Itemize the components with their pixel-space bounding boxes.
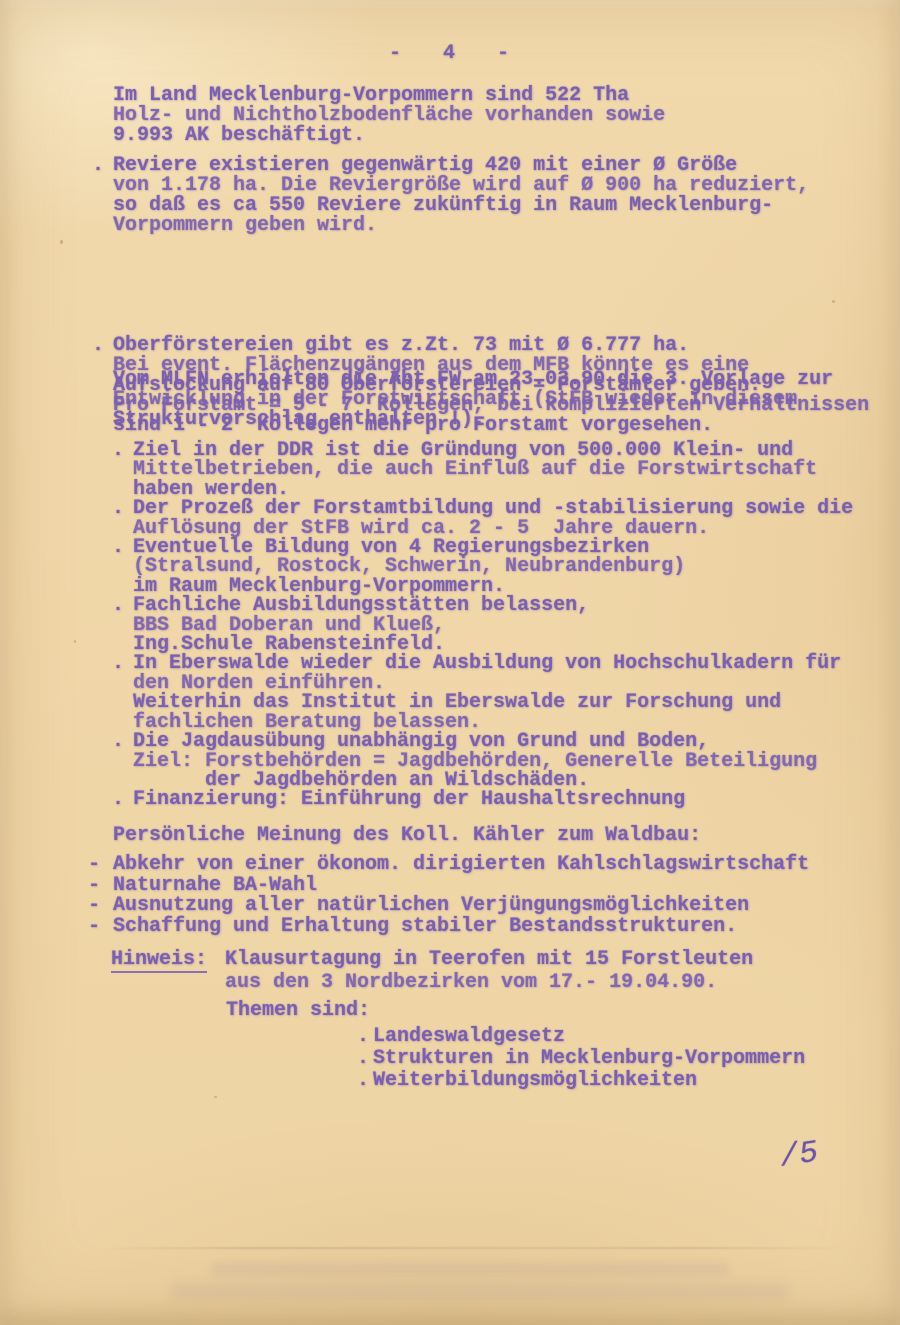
text-line: Finanzierung: Einführung der Haushaltsre… bbox=[133, 790, 853, 809]
dash-marker: - bbox=[88, 917, 100, 938]
bullet-marker: . bbox=[112, 441, 124, 460]
handwritten-page-mark: /5 bbox=[778, 1135, 822, 1175]
bullet-marker: . bbox=[357, 1026, 369, 1048]
paper-speck bbox=[620, 1060, 623, 1063]
text-line: Strukturvorschlag enthalten !). bbox=[113, 410, 833, 430]
themen-label: Themen sind: bbox=[226, 1001, 370, 1021]
text-line: Persönliche Meinung des Koll. Kähler zum… bbox=[113, 826, 701, 846]
bullet-marker: . bbox=[112, 732, 124, 751]
sub-bullet-ausbildungsstaetten: . Fachliche Ausbildungsstätten belassen,… bbox=[133, 596, 853, 654]
text-line: Oberförstereien gibt es z.Zt. 73 mit Ø 6… bbox=[113, 336, 900, 356]
bullet-marker: . bbox=[112, 654, 124, 673]
text-line: Mittelbetrieben, die auch Einfluß auf di… bbox=[133, 460, 853, 479]
text-line: Weiterhin das Institut in Eberswalde zur… bbox=[133, 693, 853, 712]
dash-marker: - bbox=[88, 855, 100, 876]
bullet-reviere: . Reviere existieren gegenwärtig 420 mit… bbox=[113, 156, 900, 236]
text-line: Entwicklung in der Forstwirtschaft (StFB… bbox=[113, 390, 833, 410]
sub-bullet-prozess: . Der Prozeß der Forstamtbildung und -st… bbox=[133, 499, 853, 538]
scan-scratch-line bbox=[105, 1247, 845, 1249]
sub-bullet-jagdausuebung: . Die Jagdausübung unabhängig von Grund … bbox=[133, 732, 853, 790]
text-line: Holz- und Nichtholzbodenfläche vorhanden… bbox=[113, 106, 665, 126]
intro-paragraph: Im Land Mecklenburg-Vorpommern sind 522 … bbox=[113, 86, 665, 146]
text-line: Der Prozeß der Forstamtbildung und -stab… bbox=[133, 499, 853, 518]
scan-smudge bbox=[210, 1262, 730, 1276]
text-line: Strukturen in Mecklenburg-Vorpommern bbox=[373, 1048, 805, 1070]
bullet-marker: . bbox=[112, 499, 124, 518]
paper-speck bbox=[832, 300, 835, 303]
text-line: Reviere existieren gegenwärtig 420 mit e… bbox=[113, 156, 900, 176]
sub-bullet-regierungsbezirke: . Eventuelle Bildung von 4 Regierungsbez… bbox=[133, 538, 853, 596]
text-line: Landeswaldgesetz bbox=[373, 1026, 805, 1048]
text-line: Vorpommern geben wird. bbox=[113, 216, 900, 236]
hinweis-content: Klausurtagung in Teerofen mit 15 Forstle… bbox=[225, 948, 900, 994]
paper-speck bbox=[214, 1096, 217, 1098]
dash-marker: - bbox=[88, 896, 100, 917]
scanned-typewritten-page: - 4 - Im Land Mecklenburg-Vorpommern sin… bbox=[0, 0, 900, 1325]
text-line: Schaffung und Erhaltung stabiler Bestand… bbox=[113, 917, 809, 938]
mlfn-paragraph: Vom MLFN erhielten die Abt.FW am 23.03.9… bbox=[113, 370, 833, 430]
opinion-heading: Persönliche Meinung des Koll. Kähler zum… bbox=[113, 826, 701, 846]
text-line: In Eberswalde wieder die Ausbildung von … bbox=[133, 654, 853, 673]
sub-bullet-eberswalde: . In Eberswalde wieder die Ausbildung vo… bbox=[133, 654, 853, 732]
dash-item: - Schaffung und Erhaltung stabiler Besta… bbox=[113, 917, 809, 938]
bullet-marker: . bbox=[112, 538, 124, 557]
paper-speck bbox=[74, 640, 76, 643]
opinion-dash-list: - Abkehr von einer ökonom. dirigierten K… bbox=[113, 855, 809, 938]
text-line: 9.993 AK beschäftigt. bbox=[113, 126, 665, 146]
sub-bullet-finanzierung: . Finanzierung: Einführung der Haushalts… bbox=[133, 790, 853, 809]
dash-item: - Abkehr von einer ökonom. dirigierten K… bbox=[113, 855, 809, 876]
themen-item: . Landeswaldgesetz bbox=[373, 1026, 805, 1048]
themen-item: . Weiterbildungsmöglichkeiten bbox=[373, 1070, 805, 1092]
sub-bullet-list: . Ziel in der DDR ist die Gründung von 5… bbox=[133, 441, 853, 810]
text-line: so daß es ca 550 Reviere zukünftig in Ra… bbox=[113, 196, 900, 216]
text-line: Klausurtagung in Teerofen mit 15 Forstle… bbox=[225, 948, 900, 971]
bullet-marker: . bbox=[357, 1070, 369, 1092]
themen-item: . Strukturen in Mecklenburg-Vorpommern bbox=[373, 1048, 805, 1070]
text-line: aus den 3 Nordbezirken vom 17.- 19.04.90… bbox=[225, 971, 900, 994]
text-line: Die Jagdausübung unabhängig von Grund un… bbox=[133, 732, 853, 751]
bullet-marker: . bbox=[357, 1048, 369, 1070]
bullet-marker: . bbox=[92, 156, 104, 176]
bullet-marker: . bbox=[112, 596, 124, 615]
text-line: Ausnutzung aller natürlichen Verjüngungs… bbox=[113, 896, 809, 917]
text-line: Weiterbildungsmöglichkeiten bbox=[373, 1070, 805, 1092]
bullet-marker: . bbox=[112, 790, 124, 809]
text-line: Ziel: Forstbehörden = Jagdbehörden, Gene… bbox=[133, 752, 853, 771]
paper-speck bbox=[60, 240, 63, 244]
sub-bullet-ziel-ddr: . Ziel in der DDR ist die Gründung von 5… bbox=[133, 441, 853, 499]
hinweis-section: Hinweis: Klausurtagung in Teerofen mit 1… bbox=[0, 948, 900, 994]
themen-list: . Landeswaldgesetz . Strukturen in Meckl… bbox=[373, 1026, 805, 1092]
scan-smudge bbox=[170, 1282, 790, 1300]
text-line: Im Land Mecklenburg-Vorpommern sind 522 … bbox=[113, 86, 665, 106]
text-line: von 1.178 ha. Die Reviergröße wird auf Ø… bbox=[113, 176, 900, 196]
text-line: Abkehr von einer ökonom. dirigierten Kah… bbox=[113, 855, 809, 876]
dash-item: - Ausnutzung aller natürlichen Verjüngun… bbox=[113, 896, 809, 917]
page-number: - 4 - bbox=[0, 42, 900, 65]
text-line: Fachliche Ausbildungsstätten belassen, bbox=[133, 596, 853, 615]
hinweis-label: Hinweis: bbox=[111, 948, 207, 973]
text-line: Vom MLFN erhielten die Abt.FW am 23.03.9… bbox=[113, 370, 833, 390]
text-line: (Stralsund, Rostock, Schwerin, Neubrande… bbox=[133, 557, 853, 576]
dash-marker: - bbox=[88, 876, 100, 897]
text-line: Themen sind: bbox=[226, 1001, 370, 1021]
bullet-marker: . bbox=[92, 336, 104, 356]
